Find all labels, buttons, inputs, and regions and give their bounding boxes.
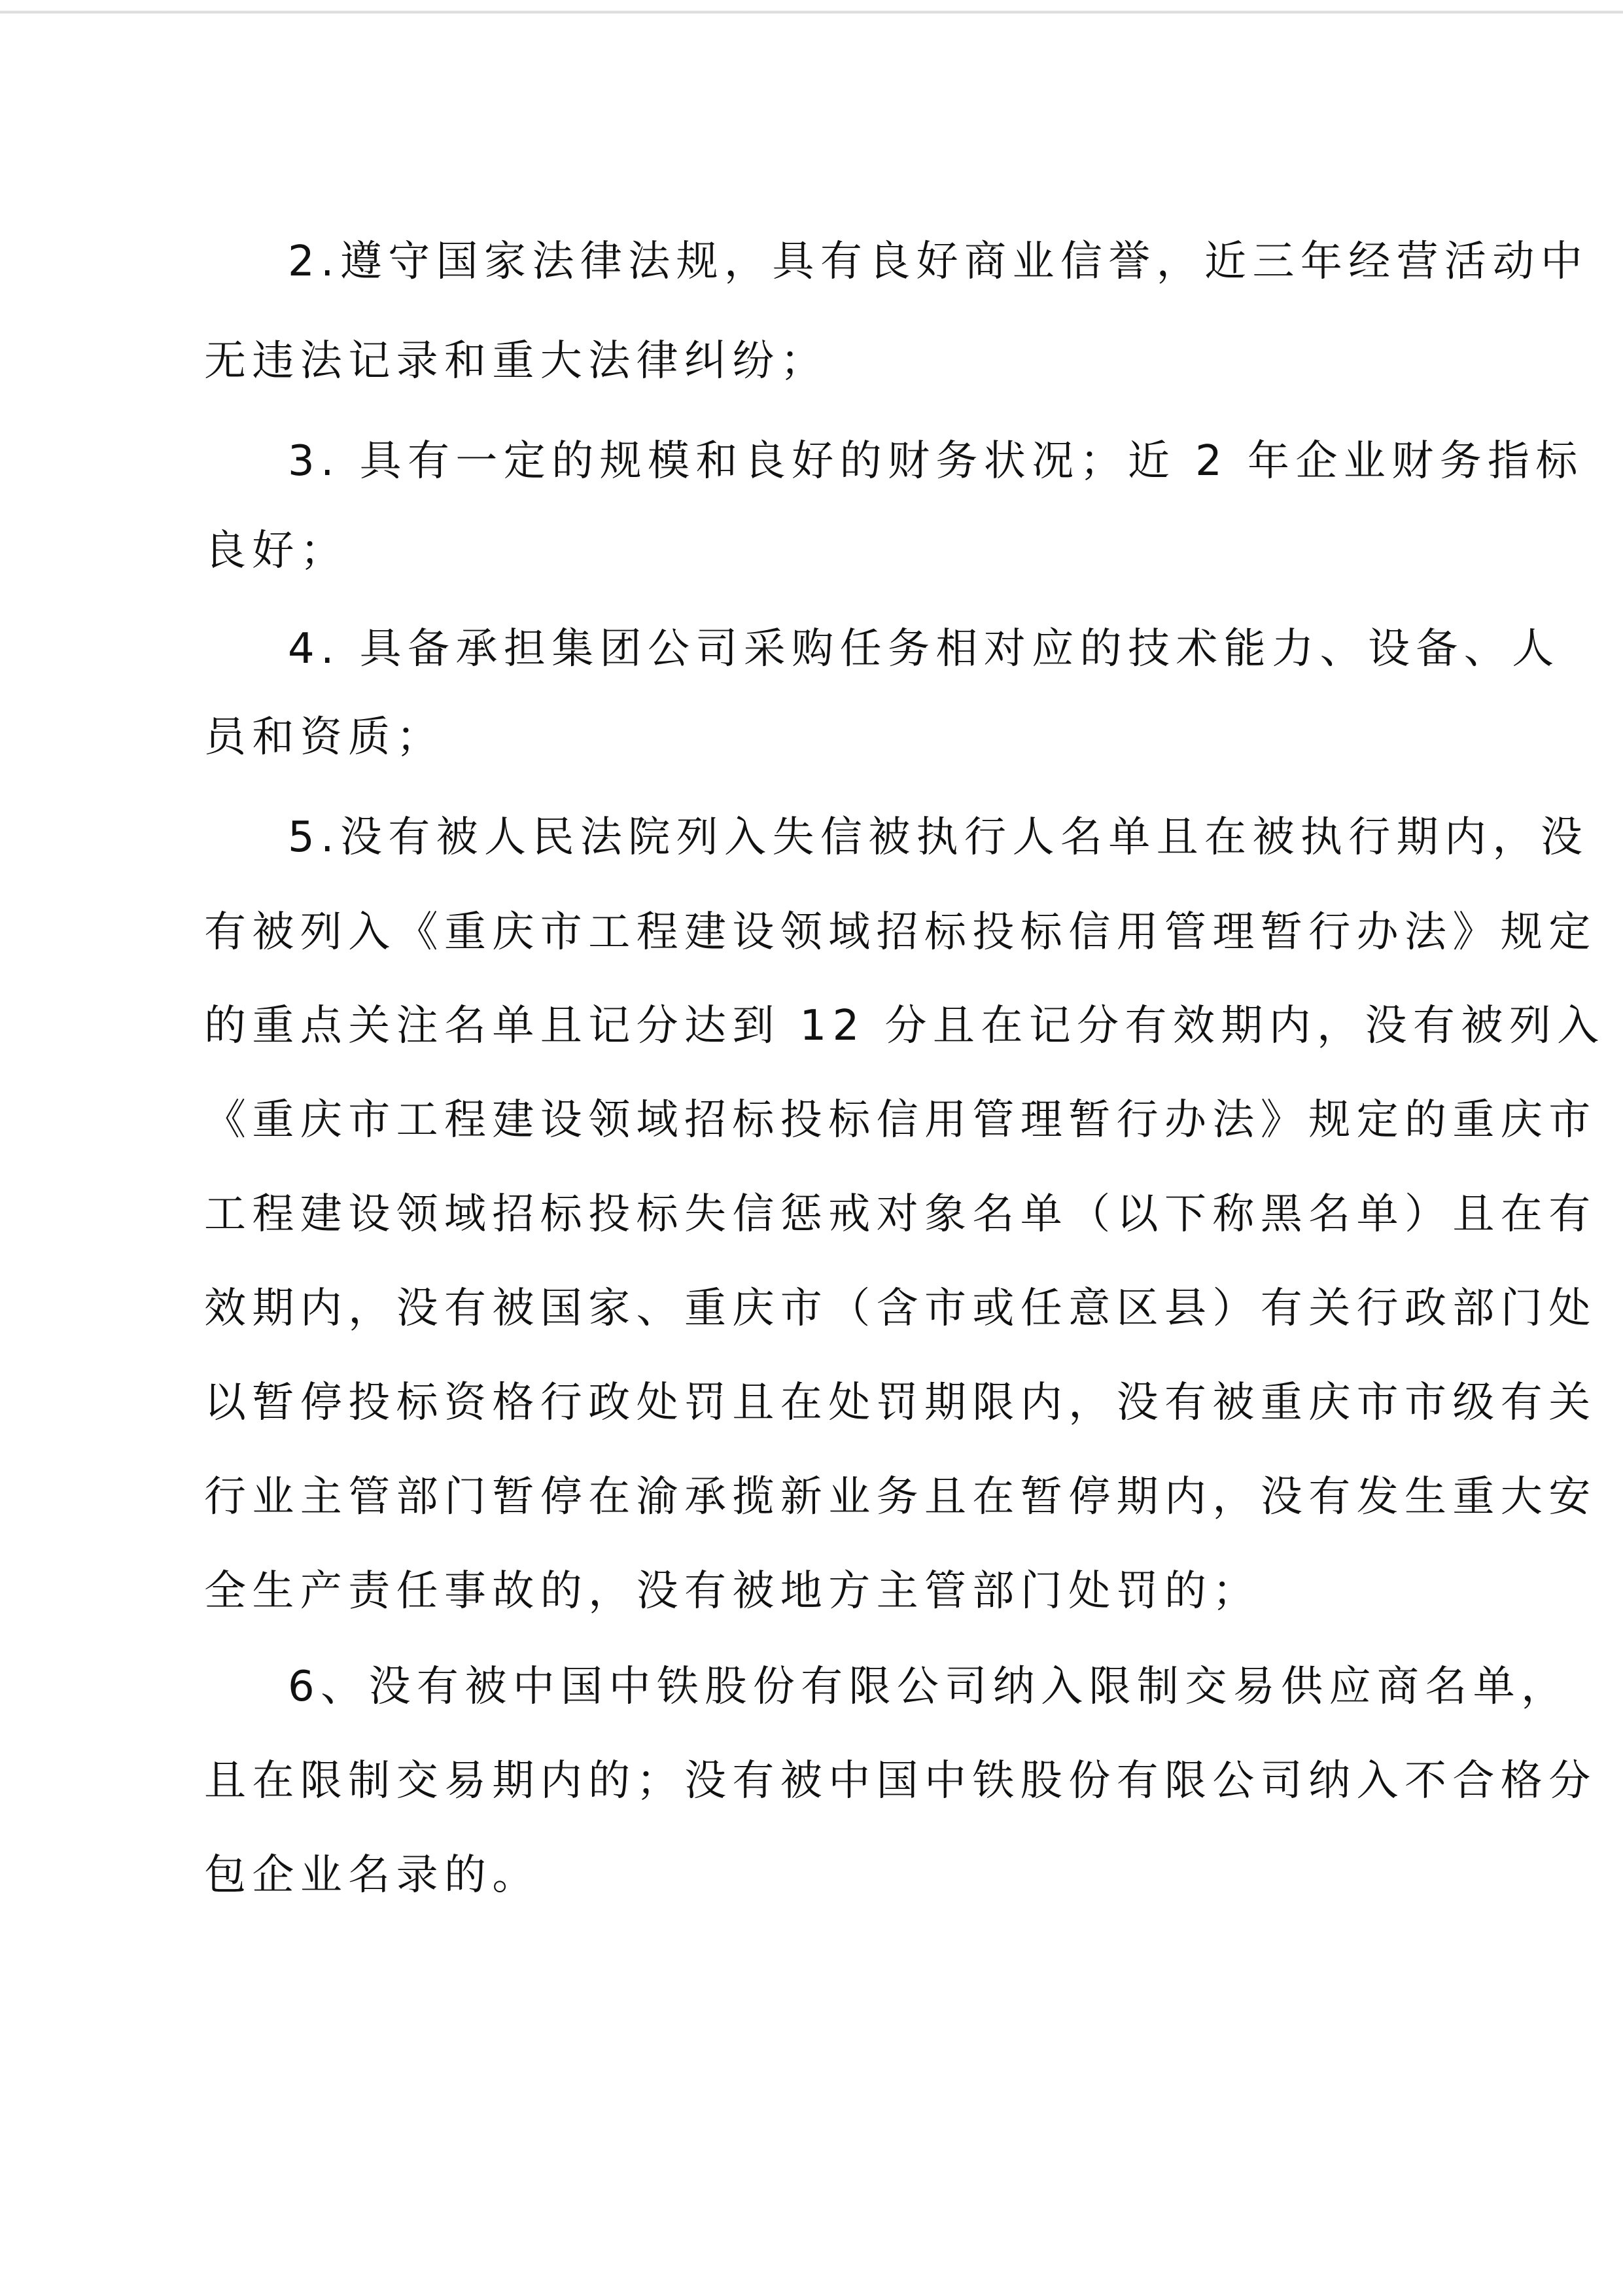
- text-line: 工程建设领域招标投标失信惩戒对象名单（以下称黑名单）且在有: [204, 1188, 1597, 1241]
- text-line: 《重庆市工程建设领域招标投标信用管理暂行办法》规定的重庆市: [204, 1094, 1597, 1146]
- text-line: 有被列入《重庆市工程建设领域招标投标信用管理暂行办法》规定: [204, 906, 1597, 959]
- text-line: 且在限制交易期内的；没有被中国中铁股份有限公司纳入不合格分: [204, 1755, 1597, 1807]
- text-line: 2.遵守国家法律法规，具有良好商业信誉，近三年经营活动中: [288, 236, 1588, 288]
- text-line: 良好；: [204, 525, 348, 577]
- text-line: 6、没有被中国中铁股份有限公司纳入限制交易供应商名单，: [288, 1661, 1569, 1713]
- text-line: 包企业名录的。: [204, 1849, 540, 1901]
- text-line: 员和资质；: [204, 711, 444, 764]
- text-line: 以暂停投标资格行政处罚且在处罚期限内，没有被重庆市市级有关: [204, 1377, 1597, 1429]
- text-line: 4. 具备承担集团公司采购任务相对应的技术能力、设备、人: [288, 623, 1560, 675]
- text-line: 行业主管部门暂停在渝承揽新业务且在暂停期内，没有发生重大安: [204, 1471, 1597, 1523]
- text-line: 3. 具有一定的规模和良好的财务状况；近 2 年企业财务指标: [288, 435, 1584, 487]
- text-line: 5.没有被人民法院列入失信被执行人名单且在被执行期内，没: [288, 811, 1588, 864]
- text-line: 全生产责任事故的，没有被地方主管部门处罚的；: [204, 1565, 1261, 1617]
- text-line: 无违法记录和重大法律纠纷；: [204, 335, 828, 387]
- text-line: 效期内，没有被国家、重庆市（含市或任意区县）有关行政部门处: [204, 1282, 1597, 1335]
- scan-edge-line: [0, 10, 1623, 14]
- text-line: 的重点关注名单且记分达到 12 分且在记分有效期内，没有被列入: [204, 1000, 1605, 1052]
